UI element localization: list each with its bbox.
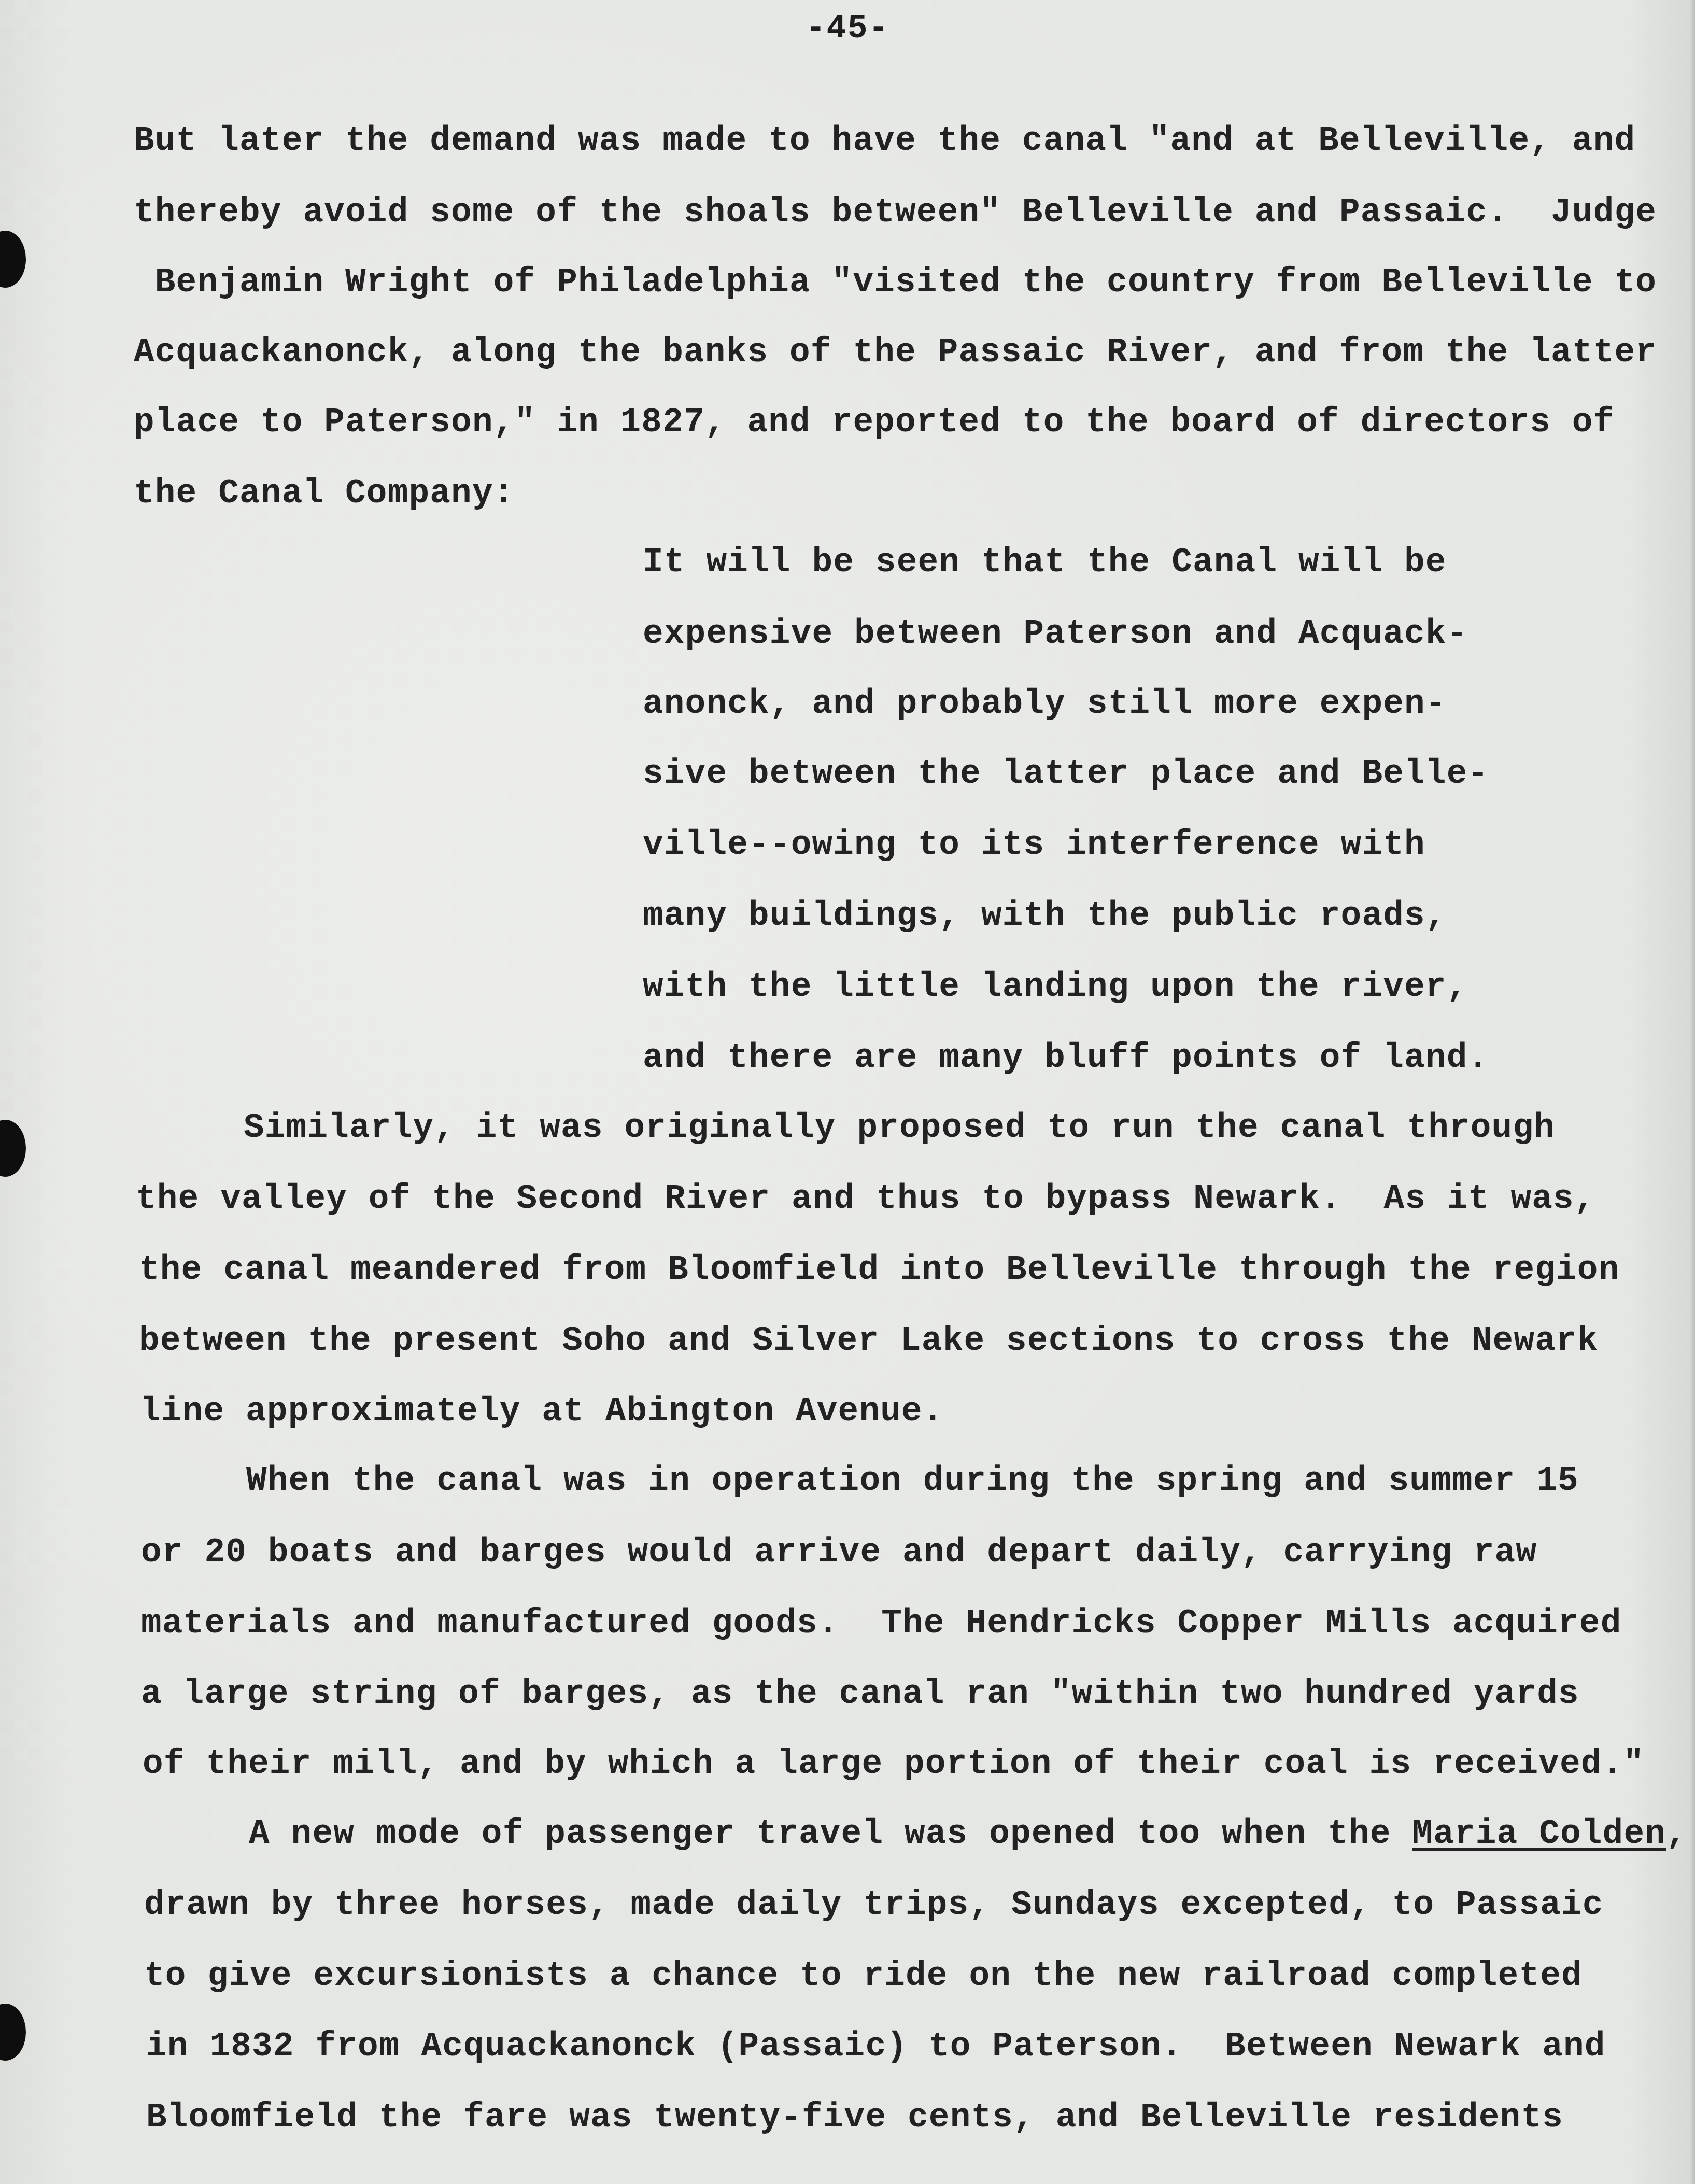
text-line: A new mode of passenger travel was opene… — [249, 1813, 1687, 1855]
text-line: of their mill, and by which a large port… — [143, 1743, 1644, 1785]
text-line: a large string of barges, as the canal r… — [141, 1673, 1579, 1715]
text-line: Acquackanonck, along the banks of the Pa… — [134, 332, 1657, 373]
punch-hole — [0, 1120, 26, 1177]
text-line: place to Paterson," in 1827, and reporte… — [134, 402, 1614, 443]
text-line: the valley of the Second River and thus … — [136, 1178, 1595, 1220]
quote-line: It will be seen that the Canal will be — [643, 542, 1447, 583]
text-line: Benjamin Wright of Philadelphia "visited… — [134, 262, 1657, 303]
text-line: between the present Soho and Silver Lake… — [139, 1320, 1599, 1362]
quote-line: anonck, and probably still more expen- — [643, 683, 1447, 725]
quote-line: and there are many bluff points of land. — [643, 1037, 1489, 1079]
text-segment: , — [1666, 1814, 1687, 1853]
quote-line: many buildings, with the public roads, — [643, 895, 1447, 937]
text-line: the Canal Company: — [134, 473, 515, 514]
text-line: Similarly, it was originally proposed to… — [244, 1107, 1555, 1149]
text-segment: A new mode of passenger travel was opene… — [249, 1814, 1412, 1853]
text-line: Bloomfield the fare was twenty-five cent… — [146, 2097, 1563, 2138]
text-line: When the canal was in operation during t… — [246, 1460, 1579, 1502]
vessel-name-underlined: Maria Colden — [1412, 1814, 1666, 1853]
quote-line: sive between the latter place and Belle- — [643, 753, 1489, 795]
document-page: -45- But later the demand was made to ha… — [0, 0, 1695, 2184]
text-line: in 1832 from Acquackanonck (Passaic) to … — [146, 2026, 1606, 2067]
punch-hole — [0, 231, 26, 288]
punch-hole — [0, 2004, 26, 2061]
quote-line: ville--owing to its interference with — [643, 824, 1425, 866]
page-number: -45- — [0, 10, 1695, 48]
text-line: thereby avoid some of the shoals between… — [134, 192, 1657, 233]
text-line: materials and manufactured goods. The He… — [141, 1603, 1621, 1644]
text-line: drawn by three horses, made daily trips,… — [144, 1884, 1604, 1926]
quote-line: with the little landing upon the river, — [643, 966, 1467, 1008]
text-line: But later the demand was made to have th… — [134, 120, 1635, 162]
text-line: the canal meandered from Bloomfield into… — [139, 1249, 1619, 1291]
text-line: or 20 boats and barges would arrive and … — [141, 1532, 1537, 1573]
quote-line: expensive between Paterson and Acquack- — [643, 613, 1467, 655]
text-line: to give excursionists a chance to ride o… — [144, 1955, 1583, 1997]
text-line: line approximately at Abington Avenue. — [140, 1391, 944, 1432]
page-edge-shadow — [1690, 0, 1695, 2184]
